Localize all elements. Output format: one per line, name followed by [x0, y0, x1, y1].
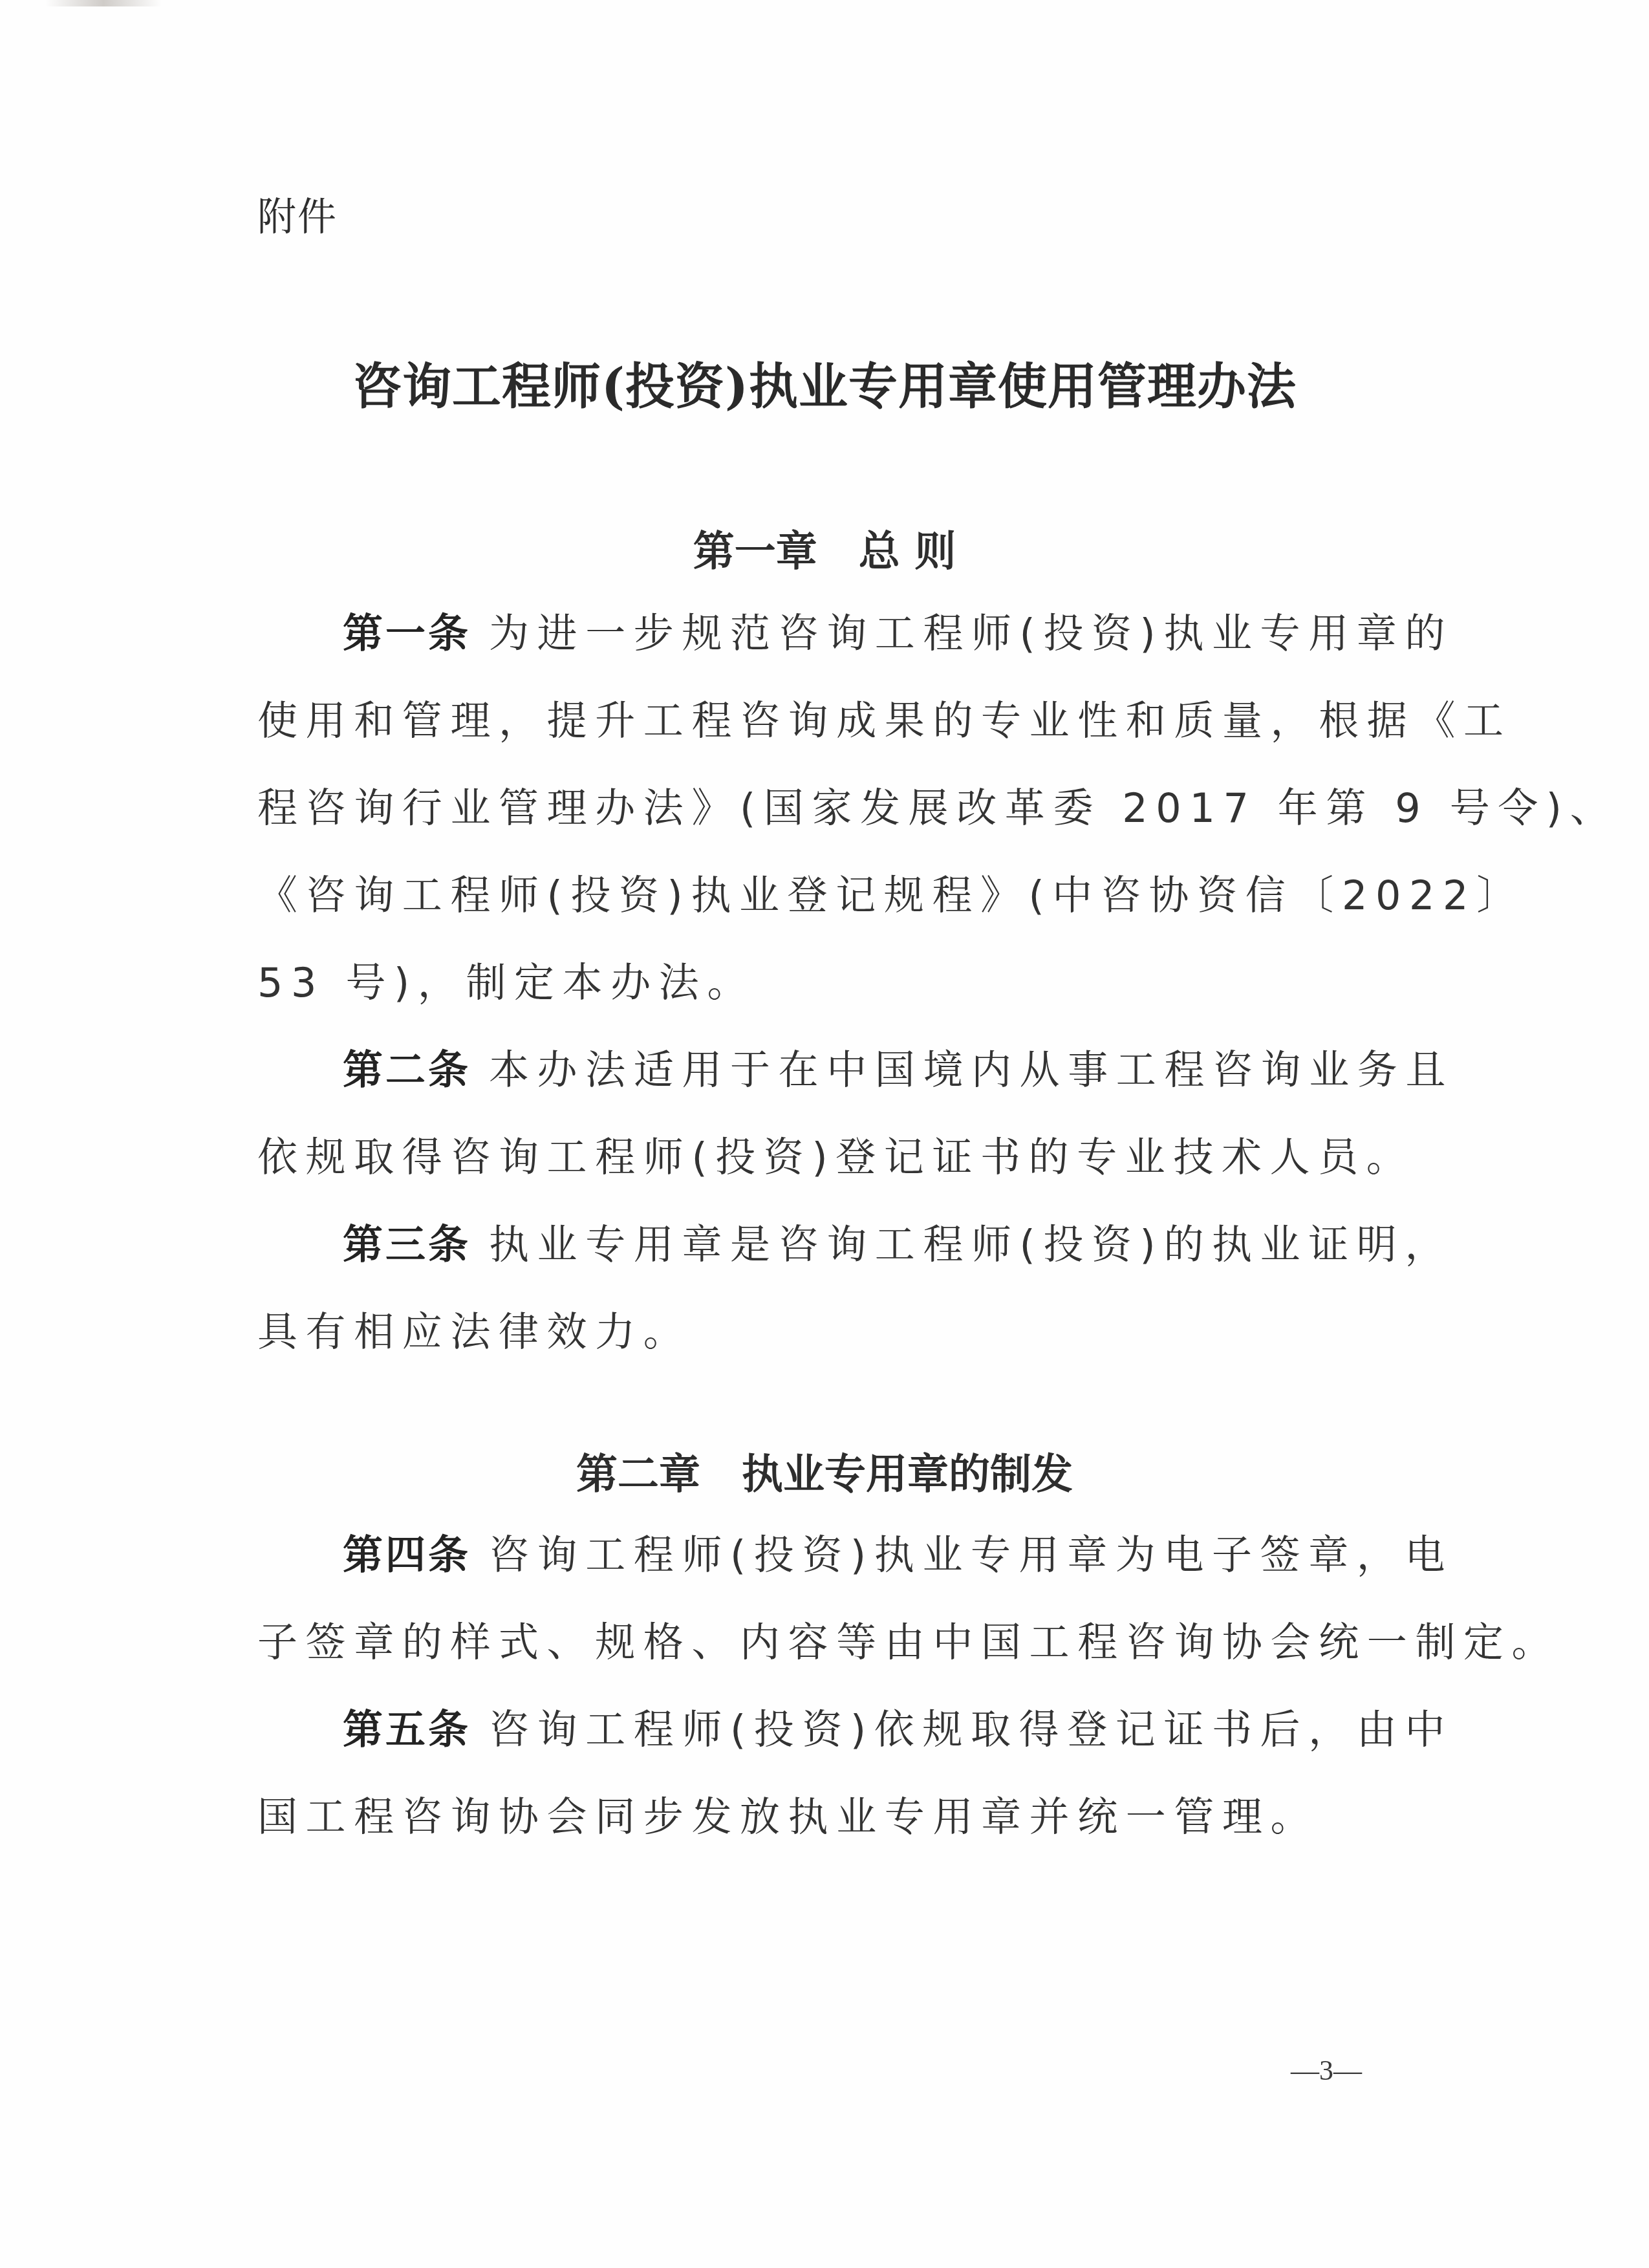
chapter-1-heading: 第一章总 则 — [0, 523, 1649, 581]
page-number: —3— — [1291, 2051, 1362, 2090]
document-page: 附件 咨询工程师(投资)执业专用章使用管理办法 第一章总 则 第一条为进一步规范… — [0, 0, 1649, 2268]
chapter-1-number: 第一章 — [693, 528, 817, 576]
article-3-line-1: 第三条执业专用章是咨询工程师(投资)的执业证明， — [343, 1216, 1397, 1274]
article-1-line-4: 《咨询工程师(投资)执业登记规程》(中咨协资信〔2022〕 — [257, 867, 1396, 925]
article-5-line-1: 第五条咨询工程师(投资)依规取得登记证书后，由中 — [343, 1701, 1397, 1759]
article-3-line-2: 具有相应法律效力。 — [257, 1303, 1396, 1361]
chapter-2-number: 第二章 — [576, 1451, 700, 1498]
article-4-text: 咨询工程师(投资)执业专用章为电子签章，电 — [489, 1531, 1453, 1579]
article-1-line-5: 53 号)，制定本办法。 — [257, 954, 1396, 1012]
article-4-line-1: 第四条咨询工程师(投资)执业专用章为电子签章，电 — [343, 1526, 1397, 1584]
article-1-line-1: 第一条为进一步规范咨询工程师(投资)执业专用章的 — [343, 605, 1397, 663]
article-1-text: 为进一步规范咨询工程师(投资)执业专用章的 — [489, 610, 1453, 657]
chapter-2-heading: 第二章执业专用章的制发 — [0, 1445, 1649, 1504]
article-2-text: 本办法适用于在中国境内从事工程咨询业务且 — [489, 1046, 1454, 1094]
article-2-line-1: 第二条本办法适用于在中国境内从事工程咨询业务且 — [343, 1041, 1397, 1099]
article-4-line-2: 子签章的样式、规格、内容等由中国工程咨询协会统一制定。 — [257, 1614, 1396, 1672]
article-3-label: 第三条 — [343, 1221, 471, 1268]
document-title: 咨询工程师(投资)执业专用章使用管理办法 — [0, 354, 1649, 419]
article-5-line-2: 国工程咨询协会同步发放执业专用章并统一管理。 — [257, 1788, 1396, 1846]
article-5-label: 第五条 — [343, 1706, 471, 1753]
article-4-label: 第四条 — [343, 1531, 471, 1579]
chapter-2-name: 执业专用章的制发 — [742, 1451, 1073, 1498]
article-5-text: 咨询工程师(投资)依规取得登记证书后，由中 — [489, 1706, 1453, 1753]
article-2-label: 第二条 — [343, 1046, 471, 1094]
article-1-label: 第一条 — [343, 610, 471, 657]
article-1-line-3: 程咨询行业管理办法》(国家发展改革委 2017 年第 9 号令)、 — [257, 779, 1396, 837]
scan-artifact — [45, 0, 162, 6]
article-1-line-2: 使用和管理，提升工程咨询成果的专业性和质量，根据《工 — [257, 692, 1396, 750]
article-2-line-2: 依规取得咨询工程师(投资)登记证书的专业技术人员。 — [257, 1129, 1396, 1187]
attachment-label: 附件 — [257, 191, 338, 243]
article-3-text: 执业专用章是咨询工程师(投资)的执业证明， — [489, 1221, 1453, 1268]
chapter-1-name: 总 则 — [859, 528, 956, 576]
